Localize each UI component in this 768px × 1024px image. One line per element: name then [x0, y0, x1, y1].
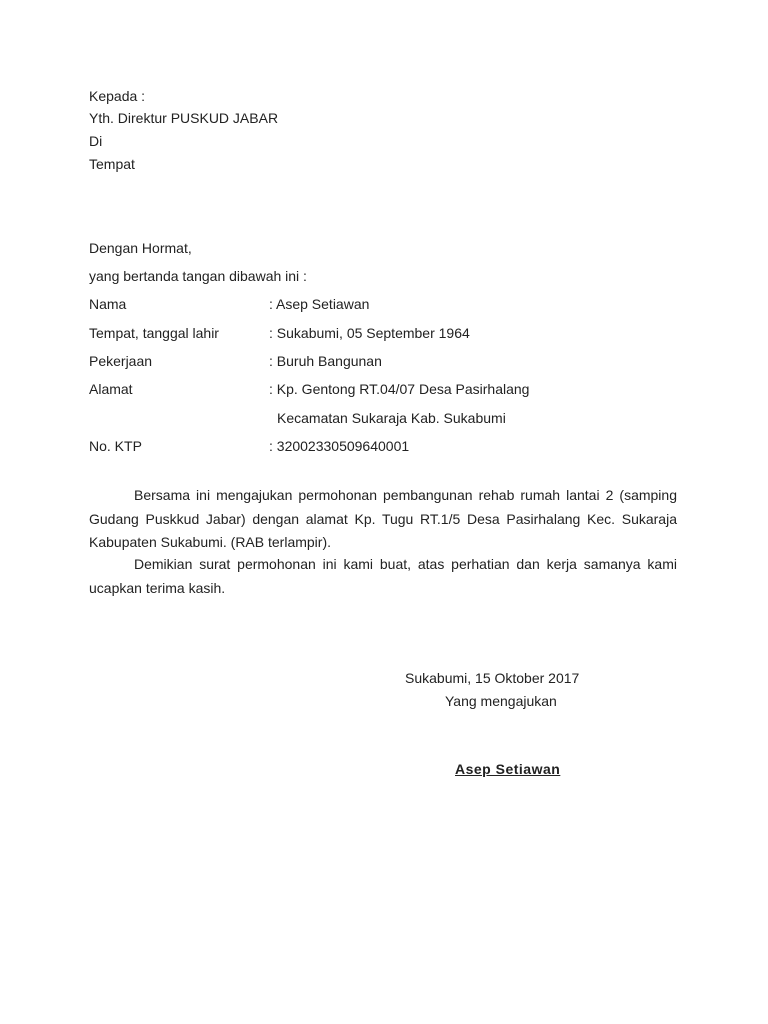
- field-value: : Kp. Gentong RT.04/07 Desa Pasirhalang: [269, 381, 529, 397]
- recipient-di: Di: [89, 133, 102, 149]
- field-label: Pekerjaan: [89, 353, 152, 369]
- intro-line: yang bertanda tangan dibawah ini :: [89, 268, 307, 284]
- field-value: Kecamatan Sukaraja Kab. Sukabumi: [277, 410, 506, 426]
- field-label: Alamat: [89, 381, 133, 397]
- field-value: : Buruh Bangunan: [269, 353, 382, 369]
- field-value: : 32002330509640001: [269, 438, 409, 454]
- recipient-kepada: Kepada :: [89, 88, 145, 104]
- field-label: Tempat, tanggal lahir: [89, 325, 219, 341]
- recipient-tempat: Tempat: [89, 156, 135, 172]
- place-date: Sukabumi, 15 Oktober 2017: [405, 670, 579, 686]
- field-value: : Asep Setiawan: [269, 296, 369, 312]
- field-value: : Sukabumi, 05 September 1964: [269, 325, 470, 341]
- signatory-name: Asep Setiawan: [455, 761, 560, 777]
- letter-page: Kepada : Yth. Direktur PUSKUD JABAR Di T…: [0, 0, 768, 1024]
- applicant-label: Yang mengajukan: [445, 693, 557, 709]
- body-paragraph-closing: Demikian surat permohonan ini kami buat,…: [89, 553, 677, 600]
- body-paragraph-request: Bersama ini mengajukan permohonan pemban…: [89, 484, 677, 555]
- field-label: Nama: [89, 296, 126, 312]
- recipient-title: Yth. Direktur PUSKUD JABAR: [89, 110, 278, 126]
- salutation: Dengan Hormat,: [89, 240, 192, 256]
- field-label: No. KTP: [89, 438, 142, 454]
